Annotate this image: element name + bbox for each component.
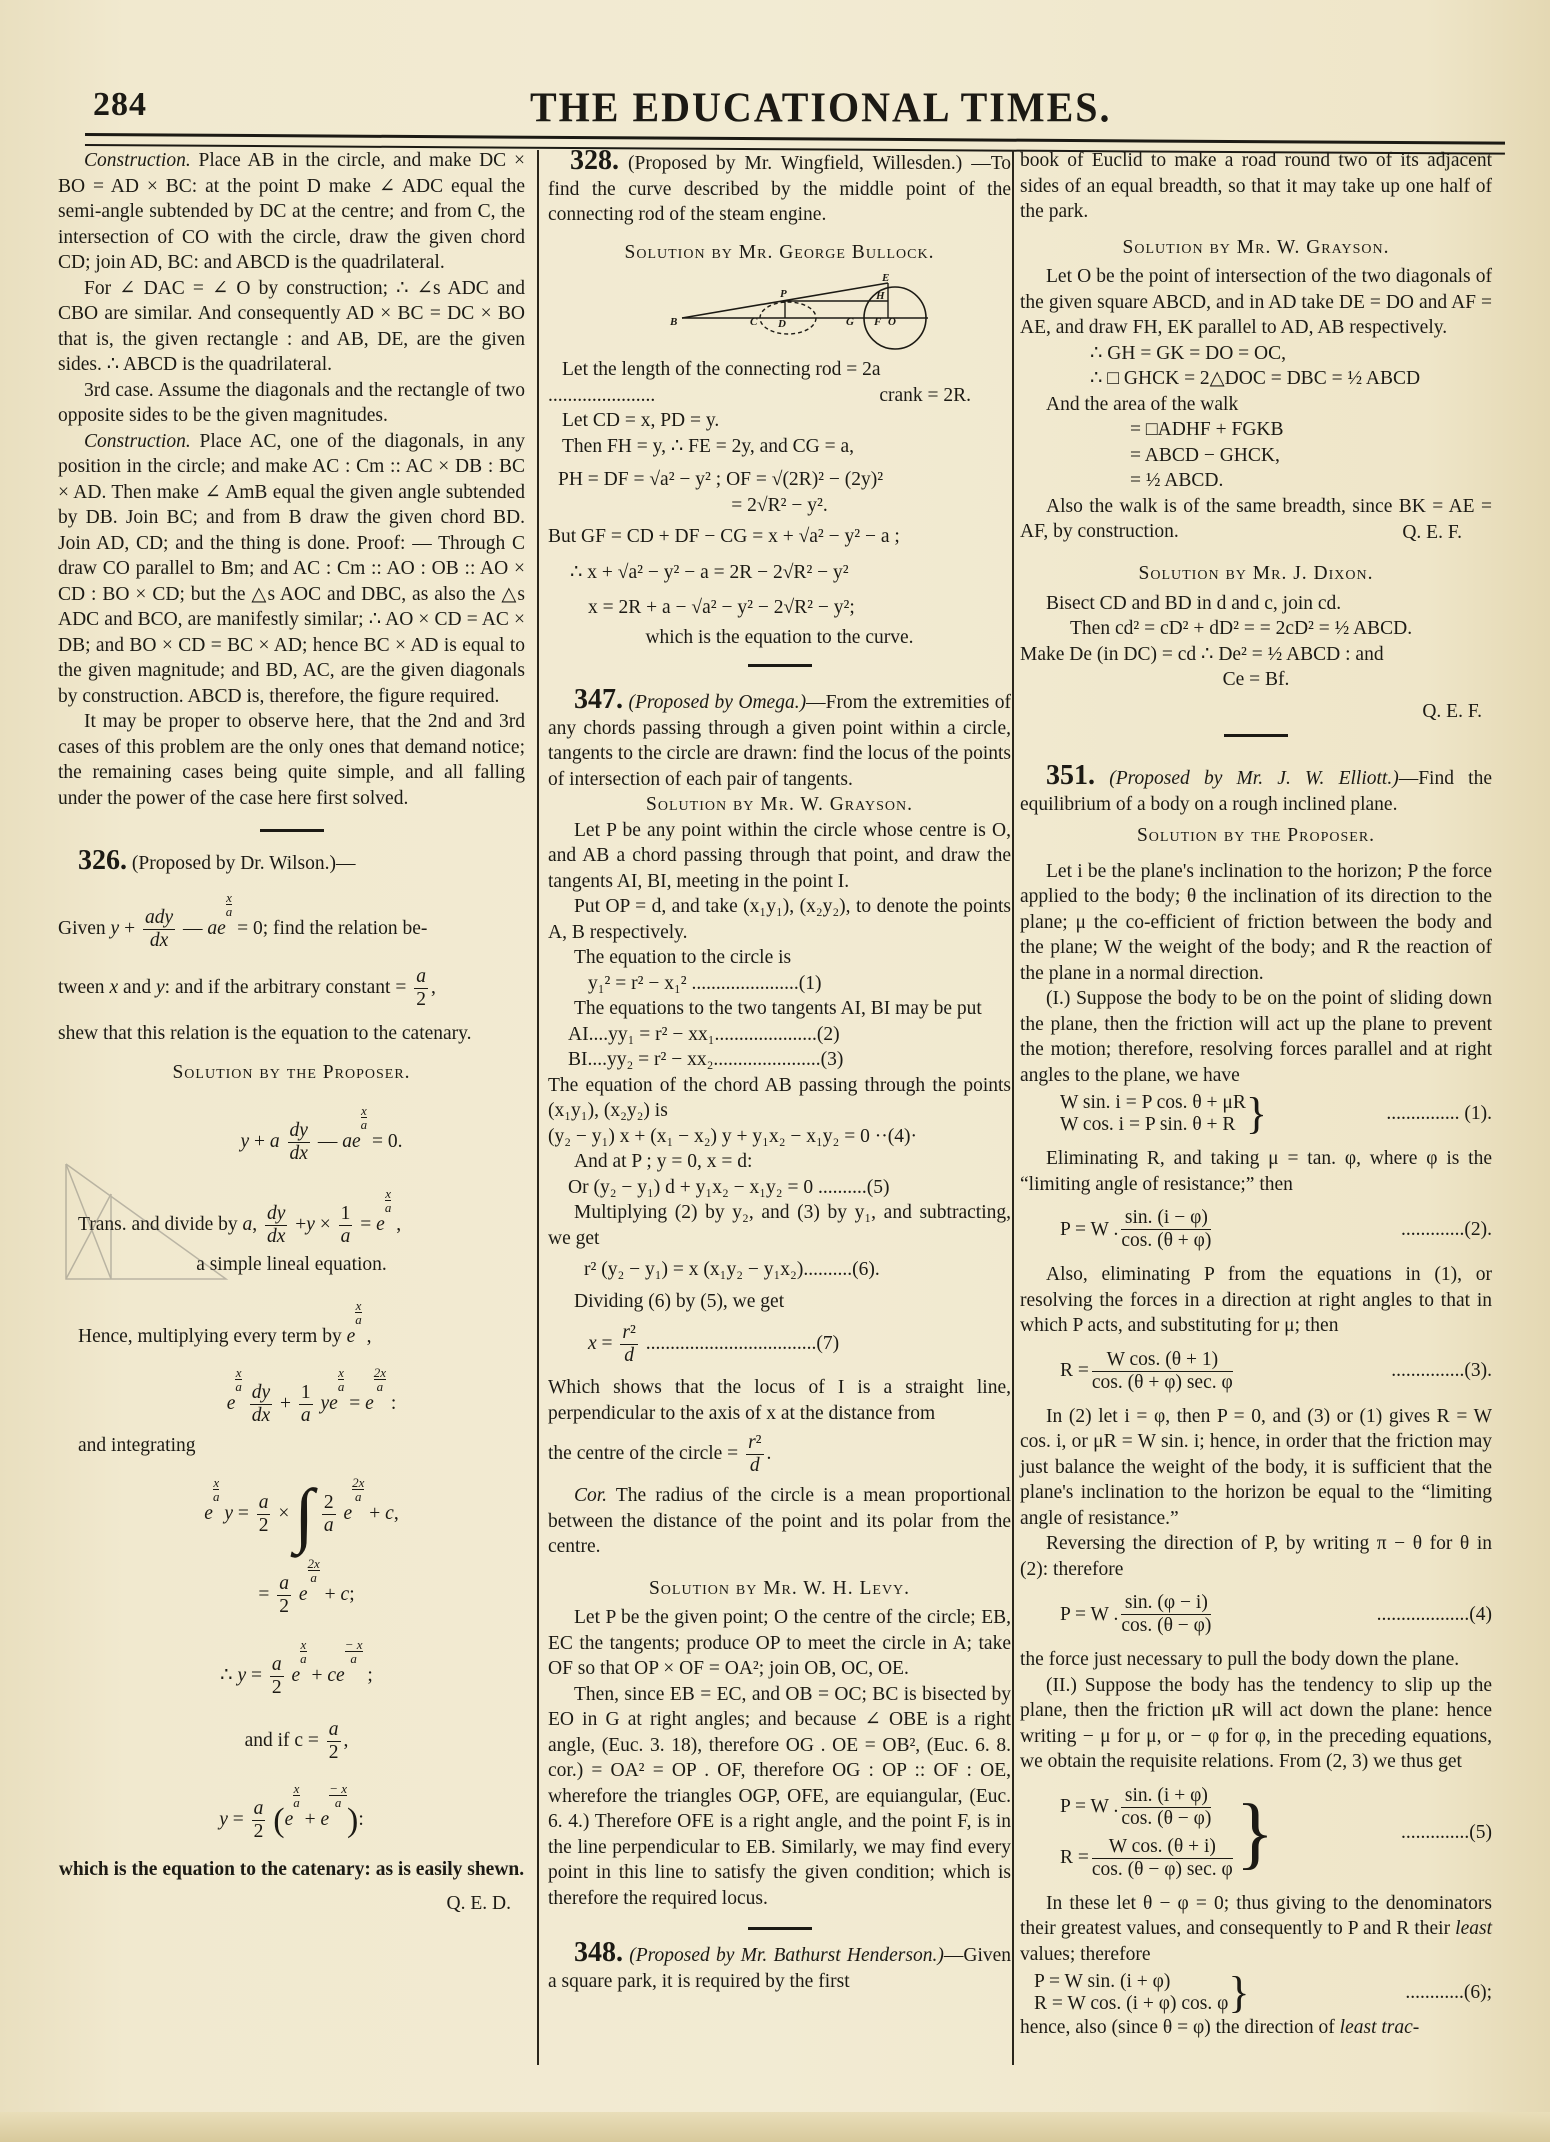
- text: P = W .: [1060, 1602, 1118, 1628]
- equation: ∴ y = a2 exa + ce− xa ;: [68, 1638, 525, 1699]
- paragraph: 3rd case. Assume the diagonals and the r…: [58, 378, 525, 429]
- equation: ∴ GH = GK = DO = OC,: [1090, 341, 1492, 367]
- equation: Ce = Bf.: [1020, 667, 1492, 693]
- equation-group-6: P = W sin. (i + φ) R = W cos. (i + φ) co…: [1034, 1971, 1492, 2015]
- column-right: book of Euclid to make a road round two …: [1020, 148, 1492, 2041]
- text: And the area of the walk: [1046, 392, 1492, 418]
- numerator: sin. (i − φ): [1121, 1207, 1211, 1230]
- equation-5: Or (y₂ − y₁) d + y₁x₂ − x₁y₂ = 0 .......…: [568, 1175, 1011, 1201]
- fraction: dydx: [288, 1120, 310, 1165]
- numerator: sin. (i + φ): [1121, 1785, 1211, 1808]
- faint-diagram-show-through: [56, 1154, 236, 1294]
- question-text: shew that this relation is the equation …: [58, 1021, 525, 1047]
- qef: Q. E. F.: [1020, 699, 1482, 725]
- text: Then FH = y, ∴ FE = 2y, and CG = a,: [562, 434, 1011, 460]
- equation-group-5: P = W . sin. (i + φ)cos. (θ − φ) R = W c…: [1060, 1785, 1492, 1881]
- equation-lines: W sin. i = P cos. θ + μR W cos. i = P si…: [1060, 1092, 1246, 1136]
- question-number: 348.: [574, 1937, 623, 1968]
- text: Let the length of the connecting rod = 2…: [562, 357, 1011, 383]
- paragraph: (I.) Suppose the body to be on the point…: [1020, 986, 1492, 1088]
- question-text: tween x and y: and if the arbitrary cons…: [58, 966, 525, 1011]
- paragraph: hence, also (since θ = φ) the direction …: [1020, 2015, 1492, 2041]
- paragraph: Also, eliminating P from the equations i…: [1020, 1262, 1492, 1339]
- paragraph: The equation to the circle is: [548, 945, 1011, 971]
- equation-2: AI....yy₁ = r² − xx₁....................…: [568, 1022, 1011, 1048]
- text: P = W .: [1060, 1217, 1118, 1243]
- equation-tag: ...............(3).: [1391, 1358, 1492, 1384]
- paragraph: Eliminating R, and taking μ = tan. φ, wh…: [1020, 1146, 1492, 1197]
- paragraph: And at P ; y = 0, x = d:: [548, 1149, 1011, 1175]
- equation-6: r² (y₂ − y₁) = x (x₁y₂ − y₁x₂)..........…: [584, 1257, 1011, 1283]
- text: Hence, multiplying every term by exa ,: [78, 1299, 525, 1350]
- masthead-title: THE EDUCATIONAL TIMES.: [530, 83, 1112, 132]
- solution-heading: Solution by the Proposer.: [1020, 823, 1492, 849]
- text: In these let θ − φ = 0; thus giving to t…: [1020, 1893, 1492, 1940]
- numerator: sin. (φ − i): [1121, 1592, 1211, 1615]
- steam-engine-diagram: BCD GFO PEH: [570, 271, 990, 351]
- text: Hence, multiplying every term by: [78, 1326, 342, 1347]
- numerator: W cos. (θ + i): [1092, 1836, 1233, 1859]
- svg-text:C: C: [750, 316, 758, 328]
- equation: R = W cos. (i + φ) cos. φ: [1034, 1993, 1228, 2015]
- solution-heading: Solution by Mr. George Bullock.: [548, 240, 1011, 266]
- equation: R = W cos. (θ + i)cos. (θ − φ) sec. φ: [1060, 1836, 1236, 1881]
- svg-text:G: G: [846, 316, 854, 328]
- paragraph: Reversing the direction of P, by writing…: [1020, 1531, 1492, 1582]
- solution-heading: Solution by Mr. W. Grayson.: [1020, 235, 1492, 261]
- paragraph: Let P be any point within the circle who…: [548, 818, 1011, 895]
- proposer: (Proposed by Mr. J. W. Elliott.): [1109, 768, 1398, 789]
- column-divider: [537, 150, 539, 2065]
- text: and if c =: [245, 1730, 319, 1751]
- equation-3: BI....yy₂ = r² − xx₂....................…: [568, 1047, 1011, 1073]
- column-left: Construction. Place AB in the circle, an…: [58, 148, 525, 1916]
- paragraph: Bisect CD and BD in d and c, join cd.: [1020, 591, 1492, 617]
- equation: exa dydx + 1a yexa = e2xa :: [98, 1366, 525, 1427]
- equation-integral: exa y = a2 × ∫ 2a e2xa + c,: [78, 1476, 525, 1537]
- paragraph: book of Euclid to make a road round two …: [1020, 148, 1492, 225]
- section-divider: [1224, 734, 1288, 737]
- column-middle: 328. (Proposed by Mr. Wingfield, Willesd…: [548, 148, 1011, 1994]
- svg-text:O: O: [888, 316, 896, 328]
- equation: = ABCD − GHCK,: [1130, 443, 1492, 469]
- svg-text:P: P: [780, 288, 787, 300]
- equation-tag: ............... (1).: [1386, 1101, 1492, 1127]
- question-351: 351. (Proposed by Mr. J. W. Elliott.)—Fi…: [1020, 763, 1492, 817]
- text: ......................crank = 2R.: [548, 383, 1011, 409]
- denominator: cos. (θ − φ): [1121, 1808, 1211, 1830]
- corollary: Cor. The radius of the circle is a mean …: [548, 1483, 1011, 1560]
- paragraph: Dividing (6) by (5), we get: [548, 1289, 1011, 1315]
- text: = 0.: [372, 1131, 403, 1152]
- paragraph: Construction. Place AC, one of the diago…: [58, 429, 525, 710]
- paragraph: The equation of the chord AB passing thr…: [548, 1073, 1011, 1124]
- paragraph: the force just necessary to pull the bod…: [1020, 1647, 1492, 1673]
- denominator: cos. (θ − φ): [1121, 1615, 1211, 1637]
- equation-tag: ...................(4): [1377, 1602, 1492, 1628]
- paragraph: Multiplying (2) by y₂, and (3) by y₁, an…: [548, 1200, 1011, 1251]
- label-construction: Construction.: [84, 431, 191, 452]
- paragraph: Then, since EB = EC, and OB = OC; BC is …: [548, 1682, 1011, 1912]
- equation: = a2 e2xa + c;: [88, 1557, 525, 1618]
- text: P = W .: [1060, 1794, 1118, 1820]
- paragraph: (II.) Suppose the body has the tendency …: [1020, 1673, 1492, 1775]
- denominator: cos. (θ + φ): [1121, 1230, 1211, 1252]
- paragraph: the centre of the circle = r²d.: [548, 1432, 1011, 1477]
- equation: PH = DF = √a² − y² ; OF = √(2R)² − (2y)²: [558, 467, 1011, 493]
- text: Given: [58, 918, 106, 939]
- text: Let CD = x, PD = y.: [562, 408, 1011, 434]
- conclusion: which is the equation to the catenary: a…: [58, 1857, 525, 1883]
- fraction: dydx: [265, 1203, 287, 1248]
- text: tween: [58, 977, 105, 998]
- paragraph: The equations to the two tangents AI, BI…: [548, 996, 1011, 1022]
- text: values; therefore: [1020, 1944, 1150, 1965]
- text: Place AC, one of the diagonals, in any p…: [58, 431, 525, 707]
- equation-2: P = W . sin. (i − φ)cos. (θ + φ) .......…: [1060, 1207, 1492, 1252]
- column-divider: [1012, 150, 1014, 2065]
- text: hence, also (since θ = φ) the direction …: [1020, 2017, 1340, 2038]
- integral-sign: ∫: [294, 1475, 314, 1555]
- solution-heading: Solution by Mr. W. H. Levy.: [548, 1576, 1011, 1602]
- svg-text:E: E: [881, 272, 889, 284]
- text: crank = 2R.: [879, 383, 971, 409]
- equation: ∴ □ GHCK = 2△DOC = DBC = ½ ABCD: [1090, 366, 1492, 392]
- fraction: adydx: [143, 907, 175, 952]
- equation-tag: ............(6);: [1405, 1980, 1492, 2006]
- equation-1: y₁² = r² − x₁² ......................(1): [588, 971, 1011, 997]
- equation: P = W . sin. (i + φ)cos. (θ − φ): [1060, 1785, 1236, 1830]
- equation: P = W sin. (i + φ): [1034, 1971, 1228, 1993]
- question-number: 328.: [570, 145, 619, 176]
- text: and integrating: [78, 1433, 525, 1459]
- proposer: (Proposed by Omega.): [629, 692, 807, 713]
- dot-leader: ...................................(7): [646, 1333, 839, 1354]
- paragraph: Let i be the plane's inclination to the …: [1020, 859, 1492, 987]
- solution-heading: Solution by Mr. J. Dixon.: [1020, 561, 1492, 587]
- text: R =: [1060, 1845, 1089, 1871]
- text: The radius of the circle is a mean propo…: [548, 1485, 1011, 1557]
- question-number: 351.: [1046, 760, 1095, 791]
- equation: Make De (in DC) = cd ∴ De² = ½ ABCD : an…: [1020, 642, 1492, 668]
- paragraph: In (2) let i = φ, then P = 0, and (3) or…: [1020, 1404, 1492, 1532]
- paragraph: It may be proper to observe here, that t…: [58, 709, 525, 811]
- denominator: cos. (θ + φ) sec. φ: [1092, 1372, 1233, 1394]
- question-326-heading: 326. (Proposed by Dr. Wilson.)—: [78, 848, 525, 877]
- emphasis: least: [1455, 1918, 1492, 1939]
- equation: W cos. i = P sin. θ + R: [1060, 1114, 1246, 1136]
- equation: = ½ ABCD.: [1130, 468, 1492, 494]
- paragraph: For ∠ DAC = ∠ O by construction; ∴ ∠s AD…: [58, 276, 525, 378]
- question-number: 347.: [574, 684, 623, 715]
- page-header: 284 THE EDUCATIONAL TIMES.: [85, 86, 1510, 136]
- text: : and if the arbitrary constant =: [165, 977, 407, 998]
- question-328-heading: 328. (Proposed by Mr. Wingfield, Willesd…: [548, 148, 1011, 228]
- question-347: 347. (Proposed by Omega.)—From the extre…: [548, 687, 1011, 792]
- equation-catenary: y = a2 (exa + e− xa):: [58, 1782, 525, 1843]
- text: and: [123, 977, 151, 998]
- newspaper-page: 284 THE EDUCATIONAL TIMES. Construction.…: [0, 0, 1550, 2142]
- text: R =: [1060, 1358, 1089, 1384]
- equation-7: x = r²d ................................…: [588, 1322, 1011, 1367]
- paragraph: Let O be the point of intersection of th…: [1020, 264, 1492, 341]
- equation: But GF = CD + DF − CG = x + √a² − y² − a…: [548, 524, 1011, 550]
- section-divider: [260, 829, 324, 832]
- page-edge: [0, 2112, 1550, 2142]
- fraction: 1a: [339, 1203, 353, 1248]
- paragraph: Let P be the given point; O the centre o…: [548, 1605, 1011, 1682]
- equation: = □ADHF + FGKB: [1130, 417, 1492, 443]
- equation-tag: ..............(5): [1401, 1820, 1492, 1846]
- equation-lines: P = W . sin. (i + φ)cos. (θ − φ) R = W c…: [1060, 1785, 1236, 1881]
- numerator: W cos. (θ + 1): [1092, 1349, 1233, 1372]
- equation: W sin. i = P cos. θ + μR: [1060, 1092, 1246, 1114]
- emphasis: least trac-: [1340, 2017, 1420, 2038]
- equation-lines: P = W sin. (i + φ) R = W cos. (i + φ) co…: [1034, 1971, 1228, 2015]
- text: = 0; find the relation be-: [237, 918, 427, 939]
- svg-text:F: F: [873, 316, 882, 328]
- text: which is the equation to the curve.: [548, 625, 1011, 651]
- equation-tag: .............(2).: [1401, 1217, 1492, 1243]
- solution-heading: Solution by Mr. W. Grayson.: [548, 792, 1011, 818]
- proposer: (Proposed by Dr. Wilson.)—: [132, 853, 356, 874]
- page-number: 284: [93, 86, 147, 124]
- dot-leader: ......................: [548, 383, 655, 409]
- label-cor: Cor.: [574, 1485, 607, 1506]
- question-348: 348. (Proposed by Mr. Bathurst Henderson…: [548, 1940, 1011, 1994]
- question-number: 326.: [78, 845, 127, 876]
- svg-text:D: D: [777, 318, 786, 330]
- proposer: (Proposed by Mr. Bathurst Henderson.): [629, 1945, 944, 1966]
- paragraph: In these let θ − φ = 0; thus giving to t…: [1020, 1891, 1492, 1968]
- equation: x = 2R + a − √a² − y² − 2√R² − y²;: [588, 595, 1011, 621]
- equation: = 2√R² − y².: [548, 493, 1011, 519]
- paragraph: Construction. Place AB in the circle, an…: [58, 148, 525, 276]
- svg-text:B: B: [669, 316, 677, 328]
- paragraph: Which shows that the locus of I is a str…: [548, 1375, 1011, 1426]
- label-construction: Construction.: [84, 150, 191, 171]
- equation-3: R = W cos. (θ + 1)cos. (θ + φ) sec. φ ..…: [1060, 1349, 1492, 1394]
- equation-4: P = W . sin. (φ − i)cos. (θ − φ) .......…: [1060, 1592, 1492, 1637]
- equation: ∴ x + √a² − y² − a = 2R − 2√R² − y²: [570, 560, 1011, 586]
- equation: Then cd² = cD² + dD² = = 2cD² = ½ ABCD.: [1070, 616, 1492, 642]
- denominator: cos. (θ − φ) sec. φ: [1092, 1859, 1233, 1881]
- section-divider: [748, 664, 812, 667]
- section-divider: [748, 1927, 812, 1930]
- solution-heading: Solution by the Proposer.: [58, 1060, 525, 1086]
- paragraph: Put OP = d, and take (x₁y₁), (x₂y₂), to …: [548, 894, 1011, 945]
- equation-group-1: W sin. i = P cos. θ + μR W cos. i = P si…: [1060, 1092, 1492, 1136]
- equation-4: (y₂ − y₁) x + (x₁ − x₂) y + y₁x₂ − x₁y₂ …: [548, 1124, 1011, 1150]
- question-text: Given y + adydx — aexa = 0; find the rel…: [58, 891, 525, 952]
- svg-text:H: H: [875, 290, 885, 302]
- equation: and if c = a2,: [68, 1719, 525, 1764]
- text: the centre of the circle =: [548, 1443, 738, 1464]
- qed: Q. E. D.: [58, 1891, 511, 1917]
- fraction: a2: [414, 966, 428, 1011]
